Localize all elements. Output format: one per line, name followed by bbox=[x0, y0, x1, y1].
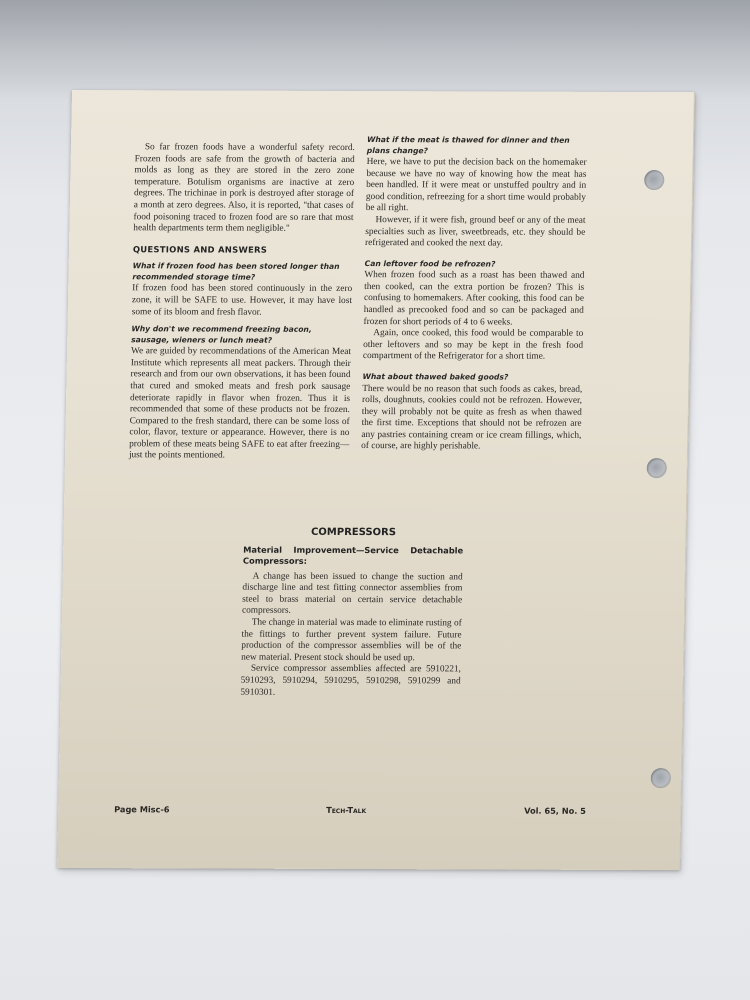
footer-volume: Vol. 65, No. 5 bbox=[524, 806, 586, 816]
answer: Again, once cooked, this food would be c… bbox=[363, 328, 584, 364]
question: What if the meat is thawed for dinner an… bbox=[367, 135, 587, 157]
footer-page-number: Page Misc-6 bbox=[114, 804, 170, 814]
punch-hole bbox=[651, 768, 671, 788]
answer: When frozen food such as a roast has bee… bbox=[363, 270, 584, 329]
answer: Here, we have to put the decision back o… bbox=[366, 157, 587, 216]
answer: However, if it were fish, ground beef or… bbox=[365, 215, 586, 251]
answer: There would be no reason that such foods… bbox=[361, 384, 582, 454]
paragraph: Service compressor assemblies affected a… bbox=[240, 664, 461, 700]
punch-hole bbox=[647, 458, 667, 478]
document-page: So far frozen foods have a wonderful saf… bbox=[57, 90, 695, 870]
footer-publication: Tech-Talk bbox=[326, 805, 366, 815]
question: What about thawed baked goods? bbox=[362, 372, 582, 383]
question: Can leftover food be refrozen? bbox=[365, 259, 585, 270]
section-heading: QUESTIONS AND ANSWERS bbox=[133, 244, 353, 256]
section-title: COMPRESSORS bbox=[243, 527, 463, 539]
left-column: So far frozen foods have a wonderful saf… bbox=[129, 142, 355, 463]
answer: If frozen food has been stored continuou… bbox=[132, 284, 353, 320]
paragraph: A change has been issued to change the s… bbox=[242, 571, 463, 618]
paragraph: The change in material was made to elimi… bbox=[241, 618, 462, 665]
intro-paragraph: So far frozen foods have a wonderful saf… bbox=[133, 142, 355, 236]
right-column: What if the meat is thawed for dinner an… bbox=[361, 135, 587, 454]
section-subtitle: Material Improvement—Service Detachable … bbox=[243, 544, 463, 567]
punch-hole bbox=[644, 170, 664, 190]
compressors-section: COMPRESSORS Material Improvement—Service… bbox=[240, 527, 463, 700]
answer: We are guided by recommendations of the … bbox=[129, 346, 351, 463]
question: What if frozen food has been stored long… bbox=[132, 262, 352, 284]
question: Why don't we recommend freezing bacon, s… bbox=[131, 324, 351, 346]
foam-background bbox=[0, 0, 750, 100]
